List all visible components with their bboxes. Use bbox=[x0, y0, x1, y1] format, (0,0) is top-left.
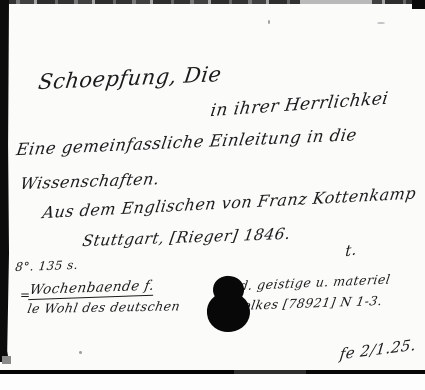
card-title: Schoepfung, Die bbox=[37, 62, 223, 94]
card-subtitle-line2: Wissenschaften. bbox=[19, 169, 161, 193]
card-subtitle-line1: Eine gemeinfassliche Einleitung in die bbox=[15, 125, 358, 159]
series-line1-right: d. geistige u. materiel bbox=[239, 271, 392, 293]
series-line2-left: le Wohl des deutschen bbox=[26, 298, 181, 316]
scan-corner-mark bbox=[412, 0, 425, 9]
card-imprint-line: Stuttgart, [Rieger] 1846. bbox=[81, 225, 292, 250]
scan-speck bbox=[377, 22, 385, 24]
ink-blot-lower bbox=[205, 290, 252, 334]
accession-date-mark: fe 2/1.25. bbox=[339, 336, 418, 364]
series-line2-right-shelfmark: Volkes [78921] N 1-3. bbox=[234, 293, 384, 313]
scan-left-edge-tail bbox=[2, 356, 11, 364]
scan-left-edge bbox=[0, 0, 9, 362]
card-note-mark: t. bbox=[345, 240, 358, 261]
scan-speck bbox=[79, 351, 82, 354]
card-format-collation: 8°. 135 s. bbox=[15, 258, 79, 274]
catalog-card-scan: Schoepfung, Die in ihrer Herrlichkei Ein… bbox=[0, 0, 425, 390]
scan-background-below-card bbox=[0, 374, 425, 390]
series-title-underlined: Wochenbaende f. bbox=[28, 278, 155, 300]
scan-top-edge-segment bbox=[300, 0, 372, 4]
card-title-continuation: in ihrer Herrlichkei bbox=[209, 89, 390, 122]
scan-speck bbox=[268, 20, 270, 24]
